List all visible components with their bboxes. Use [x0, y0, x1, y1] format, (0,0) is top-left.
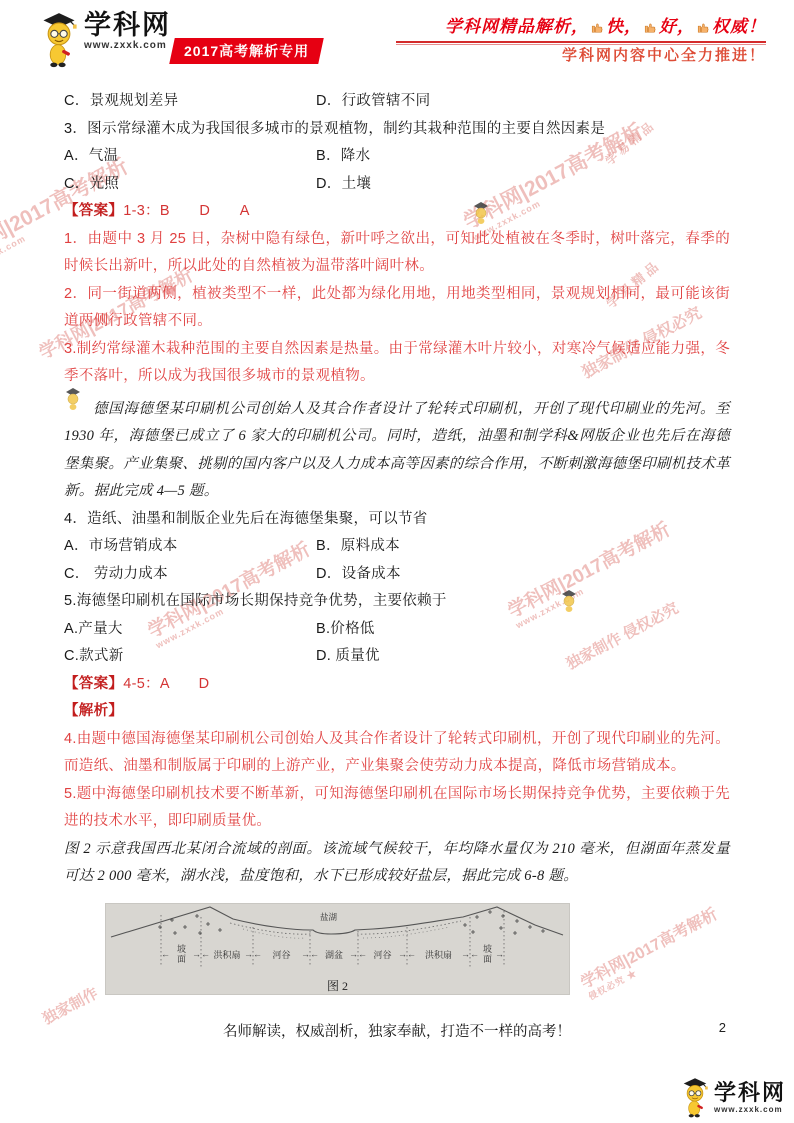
zone-label: 洪积扇 [212, 948, 241, 961]
material-6-8: 图 2 示意我国西北某闭合流域的剖面。该流域气候较干，年均降水量仅为 210 毫… [64, 836, 730, 891]
answer-1-3: 【答案】1-3：B D A [64, 198, 730, 226]
edition-banner: 2017高考解析专用 [169, 38, 324, 64]
q3-options-row-1: A．气温 B．降水 [64, 143, 730, 171]
thumb-up-icon [643, 20, 658, 34]
footer-slogan: 名师解读，权威剖析，独家奉献，打造不一样的高考！ [0, 1020, 794, 1041]
q5-option-c: C.款式新 [64, 648, 124, 664]
q5-option-a: A.产量大 [64, 621, 123, 637]
q3-option-b: B．降水 [316, 143, 370, 171]
watermark: 学科网|2017高考解析侵权必究 ★ [576, 901, 726, 1002]
zone-label: 洪积扇 [424, 948, 453, 961]
answer-tag: 【答案】 [64, 676, 123, 692]
zone-label: 河谷 [271, 948, 291, 961]
answer-tag: 【答案】 [64, 203, 123, 219]
analysis-point-1: 1．由题中 3 月 25 日，杂树中隐有绿色，新叶呼之欲出，可知此处植被在冬季时… [64, 226, 730, 281]
figure-caption: 图 2 [105, 977, 570, 994]
site-logo: 学科网 www.zxxk.com [38, 10, 171, 68]
header-slogan: 学科网精品解析，快，好，权威！ [396, 12, 766, 43]
zone-label: 湖盆 [324, 948, 344, 961]
logo-url: www.zxxk.com [714, 1105, 786, 1114]
q4-options-row-2: C． 劳动力成本 D．设备成本 [64, 561, 730, 589]
logo-title: 学科网 [714, 1081, 786, 1105]
analysis-point-2: 2．同一街道两侧，植被类型不一样，此处都为绿化用地，用地类型相同，景观规划相同，… [64, 281, 730, 336]
q2-option-d: D．行政管辖不同 [316, 88, 430, 116]
thumb-up-icon [696, 20, 711, 34]
answer-4-5: 【答案】4-5：A D [64, 671, 730, 699]
zone-label: 河谷 [372, 948, 392, 961]
zone-label: 坡面 [481, 944, 493, 964]
q5-options-row-1: A.产量大 B.价格低 [64, 616, 730, 644]
q3-stem: 3．图示常绿灌木成为我国很多城市的景观植物，制约其栽种范围的主要自然因素是 [64, 116, 730, 144]
q3-option-d: D．土壤 [316, 171, 371, 199]
q2-option-c: C．景观规划差异 [64, 93, 178, 109]
analysis-point-5: 5.题中海德堡印刷机技术要不断革新，可知海德堡印刷机在国际市场长期保持竞争优势，… [64, 781, 730, 836]
analysis-heading: 【解析】 [64, 698, 730, 726]
q4-option-b: B．原料成本 [316, 533, 400, 561]
q4-stem: 4．造纸、油墨和制版企业先后在海德堡集聚，可以节省 [64, 506, 730, 534]
answer-value: 1-3：B D A [123, 203, 250, 219]
q3-options-row-2: C．光照 D．土壤 [64, 171, 730, 199]
site-logo-bottom: 学科网 www.zxxk.com [680, 1075, 786, 1119]
mascot-icon [38, 10, 80, 68]
q3-option-a: A．气温 [64, 148, 118, 164]
figure-zone-labels: 坡面 洪积扇 河谷 湖盆 河谷 洪积扇 坡面 [105, 941, 570, 967]
q4-option-a: A．市场营销成本 [64, 538, 178, 554]
exam-content: C．景观规划差异 D．行政管辖不同 3．图示常绿灌木成为我国很多城市的景观植物，… [64, 88, 730, 891]
q4-option-d: D．设备成本 [316, 561, 401, 589]
q2-options-row: C．景观规划差异 D．行政管辖不同 [64, 88, 730, 116]
q4-options-row-1: A．市场营销成本 B．原料成本 [64, 533, 730, 561]
q5-options-row-2: C.款式新 D. 质量优 [64, 643, 730, 671]
answer-value: 4-5：A D [123, 676, 209, 692]
q4-option-c: C． 劳动力成本 [64, 566, 168, 582]
figure-2: 盐湖 坡面 洪积扇 河谷 湖盆 河谷 洪积扇 坡面 图 2 [105, 903, 570, 995]
logo-title: 学科网 [84, 10, 171, 40]
thumb-up-icon [590, 20, 605, 34]
mascot-icon [680, 1075, 710, 1119]
q5-option-d: D. 质量优 [316, 643, 380, 671]
q3-option-c: C．光照 [64, 176, 119, 192]
salt-lake-label: 盐湖 [320, 912, 338, 922]
logo-url: www.zxxk.com [84, 40, 171, 51]
analysis-point-3: 3.制约常绿灌木栽种范围的主要自然因素是热量。由于常绿灌木叶片较小，对寒冷气候适… [64, 336, 730, 391]
header-subslogan: 学科网内容中心全力推进！ [562, 44, 766, 65]
q5-option-b: B.价格低 [316, 616, 375, 644]
material-4-5: 德国海德堡某印刷机公司创始人及其合作者设计了轮转式印刷机，开创了现代印刷业的先河… [64, 396, 730, 506]
q5-stem: 5.海德堡印刷机在国际市场长期保持竞争优势，主要依赖于 [64, 588, 730, 616]
zone-label: 坡面 [175, 944, 187, 964]
analysis-point-4: 4.由题中德国海德堡某印刷机公司创始人及其合作者设计了轮转式印刷机，开创了现代印… [64, 726, 730, 781]
